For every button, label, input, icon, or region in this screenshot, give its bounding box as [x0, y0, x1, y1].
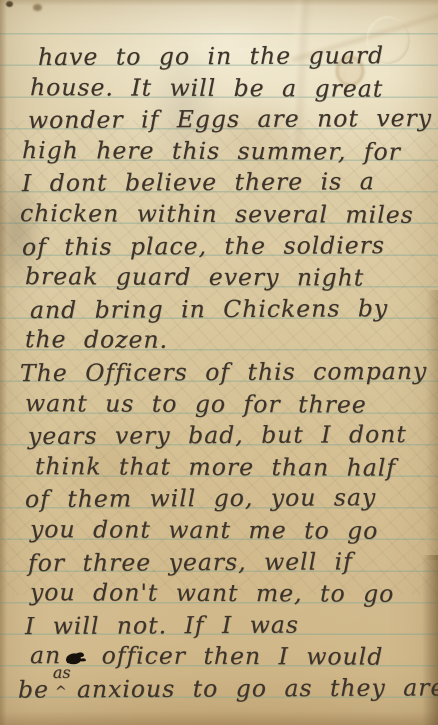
letter-line: want us to go for three	[25, 388, 434, 421]
letter-page: have to go in the guard house. It will b…	[0, 0, 438, 725]
letter-line: high here this summer, for	[22, 135, 434, 168]
letter-line-with-blot: an officer then I would	[30, 640, 434, 673]
letter-line: for three years, well if	[28, 545, 434, 579]
letter-text: have to go in the guard house. It will b…	[0, 0, 438, 704]
letter-line: think that more than half	[35, 451, 434, 484]
letter-line: years very bad, but I dont	[28, 419, 434, 453]
letter-line: you dont want me to go	[30, 514, 434, 547]
letter-line: of this place, the soldiers	[22, 229, 434, 263]
letter-line: house. It will be a great	[30, 72, 434, 105]
letter-line: The Officers of this company	[20, 356, 434, 390]
letter-line: have to go in the guard	[38, 40, 434, 74]
letter-word: anxious to go as they are	[77, 673, 438, 703]
letter-line: break guard every night	[25, 261, 434, 294]
letter-line-with-insertion: beas^anxious to go as they are	[18, 672, 434, 706]
letter-line: I will not. If I was	[25, 609, 434, 643]
letter-line: I dont believe there is a	[22, 166, 434, 200]
letter-word: be	[18, 675, 49, 703]
letter-line: and bring in Chickens by	[30, 293, 434, 327]
letter-line: the dozen.	[25, 324, 434, 357]
letter-line: chicken within several miles	[20, 198, 434, 231]
letter-line: you don't want me, to go	[30, 577, 434, 610]
letter-word: officer then I would	[102, 642, 384, 671]
letter-line: wonder if Eggs are not very	[28, 103, 434, 137]
caret-mark: ^	[55, 677, 68, 709]
insertion-mark: as^	[49, 674, 77, 698]
letter-line: of them will go, you say	[25, 482, 434, 516]
